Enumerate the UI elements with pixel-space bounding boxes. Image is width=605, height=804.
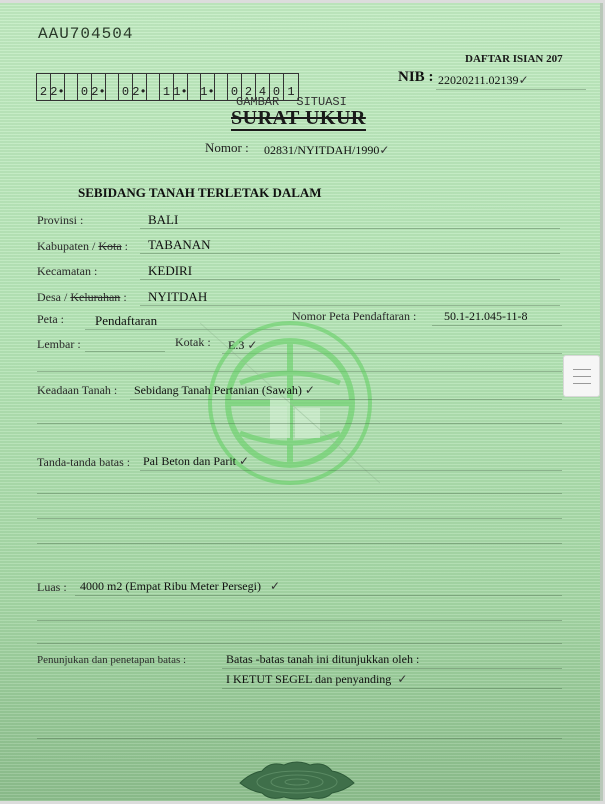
code-box-empty <box>147 74 160 100</box>
form-code: DAFTAR ISIAN 207 <box>465 53 563 65</box>
luas-value: 4000 m2 (Empat Ribu Meter Persegi) ✓ <box>80 579 280 594</box>
lembar-label: Lembar : <box>37 337 81 352</box>
check-mark-icon: ✓ <box>379 143 389 157</box>
code-box-empty <box>215 74 228 100</box>
underline <box>432 325 562 326</box>
code-box: 2• <box>133 74 147 100</box>
keadaan-tanah-label: Keadaan Tanah : <box>37 383 117 398</box>
provinsi-value: BALI <box>148 212 178 228</box>
underline <box>85 351 165 352</box>
peta-value: Pendaftaran <box>95 313 157 329</box>
code-box: 1• <box>174 74 188 100</box>
code-box: 2• <box>92 74 106 100</box>
code-box: 1 <box>160 74 174 100</box>
underline <box>140 470 562 471</box>
tanda-batas-value: Pal Beton dan Parit ✓ <box>143 454 249 469</box>
desa-label: Desa / Kelurahan : <box>37 290 127 305</box>
rule <box>37 738 562 739</box>
rule <box>37 423 562 424</box>
code-box-empty <box>188 74 201 100</box>
code-box-empty <box>65 74 78 100</box>
rule <box>37 643 562 644</box>
document-title: SURAT UKUR <box>231 107 366 131</box>
underline <box>140 253 560 254</box>
rule <box>37 493 562 494</box>
section-title: SEBIDANG TANAH TERLETAK DALAM <box>78 185 322 201</box>
nomor-peta-value: 50.1-21.045-11-8 <box>444 309 528 324</box>
underline <box>75 595 562 596</box>
check-mark-icon: ✓ <box>397 672 407 686</box>
keadaan-tanah-value: Sebidang Tanah Pertanian (Sawah) ✓ <box>134 383 315 398</box>
hamburger-menu-icon <box>573 369 591 370</box>
code-box: 2• <box>51 74 65 100</box>
luas-label: Luas : <box>37 580 67 595</box>
desa-value: NYITDAH <box>148 289 207 305</box>
rule <box>37 543 562 544</box>
code-box: 1• <box>201 74 215 100</box>
document-page: AAU704504 DAFTAR ISIAN 207 2 2• 0 2• 0 2… <box>0 3 603 801</box>
provinsi-label: Provinsi : <box>37 213 83 228</box>
guilloche-seal-icon <box>236 759 358 801</box>
underline <box>130 399 562 400</box>
kabupaten-value: TABANAN <box>148 237 211 253</box>
tanda-batas-label: Tanda-tanda batas : <box>37 455 130 470</box>
code-box: 0 <box>78 74 92 100</box>
kecamatan-label: Kecamatan : <box>37 264 97 279</box>
scroll-handle[interactable] <box>563 355 600 397</box>
code-box-empty <box>106 74 119 100</box>
nomor-label: Nomor : <box>205 140 249 156</box>
kabupaten-label: Kabupaten / Kota : <box>37 239 128 254</box>
agency-stamp-icon <box>200 303 380 503</box>
check-mark-icon: ✓ <box>239 454 249 468</box>
rule <box>37 620 562 621</box>
nib-label: NIB : <box>398 69 433 86</box>
check-mark-icon: ✓ <box>270 579 280 593</box>
kecamatan-value: KEDIRI <box>148 263 192 279</box>
underline <box>140 228 560 229</box>
penunjukan-line2: I KETUT SEGEL dan penyanding ✓ <box>226 672 407 687</box>
code-box: 0 <box>119 74 133 100</box>
underline <box>436 89 586 90</box>
rule <box>37 518 562 519</box>
penunjukan-line1: Batas -batas tanah ini ditunjukkan oleh … <box>226 652 419 667</box>
nomor-value: 02831/NYITDAH/1990✓ <box>264 143 389 158</box>
peta-label: Peta : <box>37 312 64 327</box>
underline <box>140 279 560 280</box>
code-box: 2 <box>37 74 51 100</box>
check-mark-icon: ✓ <box>305 383 315 397</box>
serial-number: AAU704504 <box>38 25 133 43</box>
check-mark-icon: ✓ <box>519 73 529 87</box>
nib-value: 22020211.02139✓ <box>438 73 529 88</box>
underline <box>222 668 562 669</box>
underline <box>222 688 562 689</box>
penunjukan-label: Penunjukan dan penetapan batas : <box>37 654 186 666</box>
